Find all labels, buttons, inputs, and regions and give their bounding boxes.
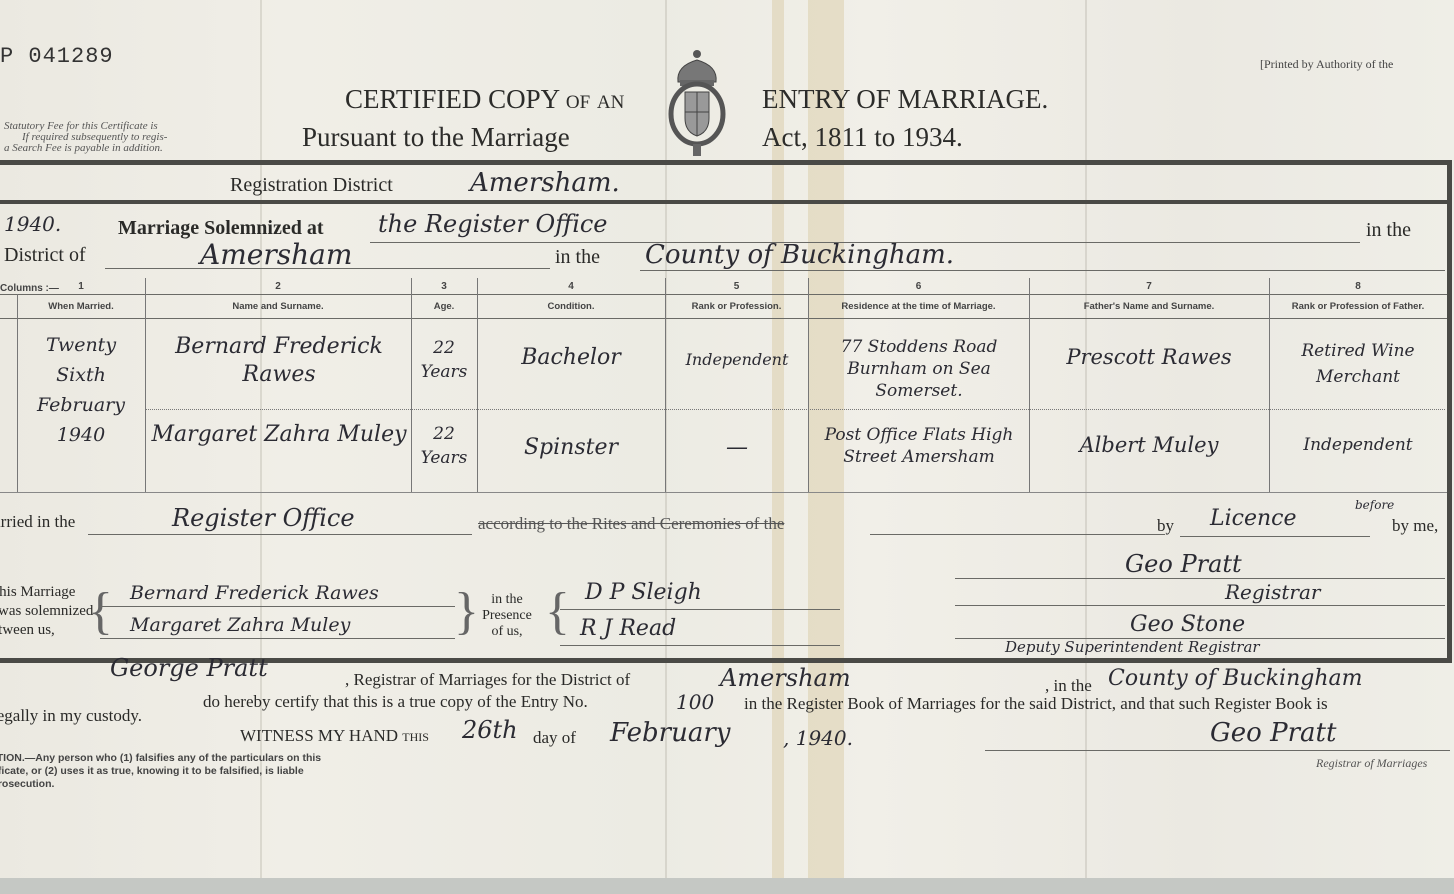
district-of-value: Amersham (200, 238, 352, 271)
deputy-signature: Geo Stone (1130, 612, 1245, 637)
fill-line (100, 606, 455, 607)
fee-note-line: a Search Fee is payable in addition. (4, 143, 167, 154)
groom-father-profession: Retired Wine Merchant (1272, 338, 1444, 390)
certification-in-the: , in the (1045, 676, 1092, 696)
groom-condition: Bachelor (480, 346, 662, 369)
table-rule (0, 318, 1447, 319)
column-number: 8 (1269, 281, 1447, 292)
frame-rule-top (0, 160, 1452, 165)
column-header-name: Name and Surname. (145, 301, 411, 312)
fill-line (1180, 536, 1370, 537)
district-of-label: District of (4, 244, 86, 267)
groom-father-name: Prescott Rawes (1032, 346, 1266, 369)
registrar-name: George Pratt (110, 654, 268, 682)
groom-residence: 77 Stoddens Road Burnham on Sea Somerset… (812, 336, 1026, 402)
label-line: was solemnized (0, 602, 93, 621)
registrar-text: , Registrar of Marriages for the Distric… (345, 670, 630, 690)
fill-line (870, 534, 1165, 535)
column-number: 6 (808, 281, 1029, 292)
certify-text: do hereby certify that this is a true co… (203, 692, 588, 712)
groom-age: 22 Years (413, 336, 475, 384)
title-right-line2: Act, 1811 to 1934. (762, 122, 963, 153)
column-number: 7 (1029, 281, 1269, 292)
row-divider (145, 409, 1445, 410)
day-value: 26th (462, 716, 518, 744)
witness-2-signature: R J Read (580, 616, 676, 641)
caution-line: Certificate, or (2) uses it as true, kno… (0, 765, 321, 778)
bride-father-profession: Independent (1272, 434, 1444, 457)
column-header-father-profession: Rank or Profession of Father. (1269, 301, 1447, 312)
when-married-value: Twenty Sixth February 1940 (22, 330, 140, 450)
frame-rule-right (1447, 160, 1452, 660)
year-value: , 1940. (783, 726, 853, 750)
caution-line: to Prosecution. (0, 778, 321, 791)
bride-name: Margaret Zahra Muley (150, 420, 408, 450)
fill-line (100, 638, 455, 639)
printed-by-note: [Printed by Authority of the (1260, 57, 1393, 72)
table-rule (0, 492, 1447, 493)
label-line: in the (474, 592, 540, 608)
fill-line (88, 534, 472, 535)
brace-presence: { (545, 586, 570, 638)
column-header-residence: Residence at the time of Marriage. (808, 301, 1029, 312)
fill-line (640, 270, 1445, 271)
county-value: County of Buckingham. (645, 240, 954, 270)
witness-1-signature: D P Sleigh (585, 580, 702, 605)
serial-number: P 041289 (0, 44, 114, 69)
title-right-line1: ENTRY OF MARRIAGE. (762, 84, 1048, 115)
bride-profession: — (667, 436, 807, 459)
by-me-label: by me, (1392, 516, 1438, 536)
bride-residence: Post Office Flats High Street Amersham (812, 424, 1026, 468)
year-fragment: 1940. (4, 212, 61, 236)
label-line: of us, (474, 624, 540, 640)
deputy-title: Deputy Superintendent Registrar (1005, 638, 1260, 656)
table-rule (0, 294, 1447, 295)
label-line: Presence (474, 608, 540, 624)
column-number: 3 (411, 281, 477, 292)
solemnized-at-label: Marriage Solemnized at (118, 217, 324, 240)
column-header-father-name: Father's Name and Surname. (1029, 301, 1269, 312)
by-label: by (1157, 516, 1174, 536)
column-header-when-married: When Married. (17, 301, 145, 312)
fee-note: Statutory Fee for this Certificate is If… (4, 121, 167, 154)
rites-struck-text: according to the Rites and Ceremonies of… (478, 514, 784, 534)
married-in-value: Register Office (172, 504, 355, 532)
bride-condition: Spinster (480, 436, 662, 459)
by-value: Licence (1210, 506, 1297, 531)
registrar-signature: Geo Pratt (1125, 550, 1242, 578)
married-in-label: Married in the (0, 512, 75, 532)
brace-left: { (88, 586, 113, 638)
column-header-condition: Condition. (477, 301, 665, 312)
bride-age: 22 Years (413, 422, 475, 470)
registration-district-label: Registration District (230, 174, 393, 197)
signature-title: Registrar of Marriages (1316, 756, 1427, 771)
month-value: February (610, 718, 730, 748)
column-header-profession: Rank or Profession. (665, 301, 808, 312)
scan-edge (0, 878, 1454, 894)
column-number: 1 (17, 281, 145, 292)
registration-district-value: Amersham. (470, 168, 620, 198)
groom-name: Bernard Frederick Rawes (150, 333, 408, 389)
signature-line (985, 750, 1450, 751)
column-number: 4 (477, 281, 665, 292)
royal-coat-of-arms-icon (668, 48, 726, 160)
certifier-signature: Geo Pratt (1210, 718, 1336, 748)
day-of-label: day of (533, 728, 576, 748)
column-number: 2 (145, 281, 411, 292)
certification-district: Amersham (720, 664, 851, 692)
groom-profession: Independent (667, 348, 807, 371)
party-2-signature: Margaret Zahra Muley (130, 614, 350, 636)
column-number: 5 (665, 281, 808, 292)
caution-line: CAUTION.—Any person who (1) falsifies an… (0, 752, 321, 765)
column-header-age: Age. (411, 301, 477, 312)
marriage-between-label: This Marriage was solemnized between us, (0, 583, 93, 640)
caution-notice: CAUTION.—Any person who (1) falsifies an… (0, 752, 321, 791)
label-line: This Marriage (0, 583, 93, 602)
frame-rule (0, 200, 1452, 204)
title-left-line1: CERTIFIED COPY of an (345, 84, 624, 115)
presence-label: in the Presence of us, (474, 592, 540, 640)
entry-number: 100 (676, 690, 714, 714)
registrar-title: Registrar (1225, 580, 1320, 604)
in-the-label: in the (1366, 219, 1411, 242)
register-book-text: in the Register Book of Marriages for th… (744, 694, 1328, 714)
fill-line (955, 605, 1445, 606)
fill-line (105, 268, 550, 269)
witness-label: WITNESS MY HAND this (240, 726, 429, 746)
certification-county: County of Buckingham (1108, 666, 1362, 691)
label-line: between us, (0, 621, 93, 640)
before-insert: before (1355, 498, 1394, 512)
title-left-line2: Pursuant to the Marriage (302, 122, 570, 153)
col-line (17, 294, 18, 492)
fill-line (560, 609, 840, 610)
in-the-label-2: in the (555, 246, 600, 269)
bride-father-name: Albert Muley (1032, 434, 1266, 457)
fill-line (955, 578, 1445, 579)
solemnized-at-value: the Register Office (378, 210, 608, 238)
custody-text: legally in my custody. (0, 706, 142, 726)
fill-line (560, 645, 840, 646)
party-1-signature: Bernard Frederick Rawes (130, 582, 379, 604)
